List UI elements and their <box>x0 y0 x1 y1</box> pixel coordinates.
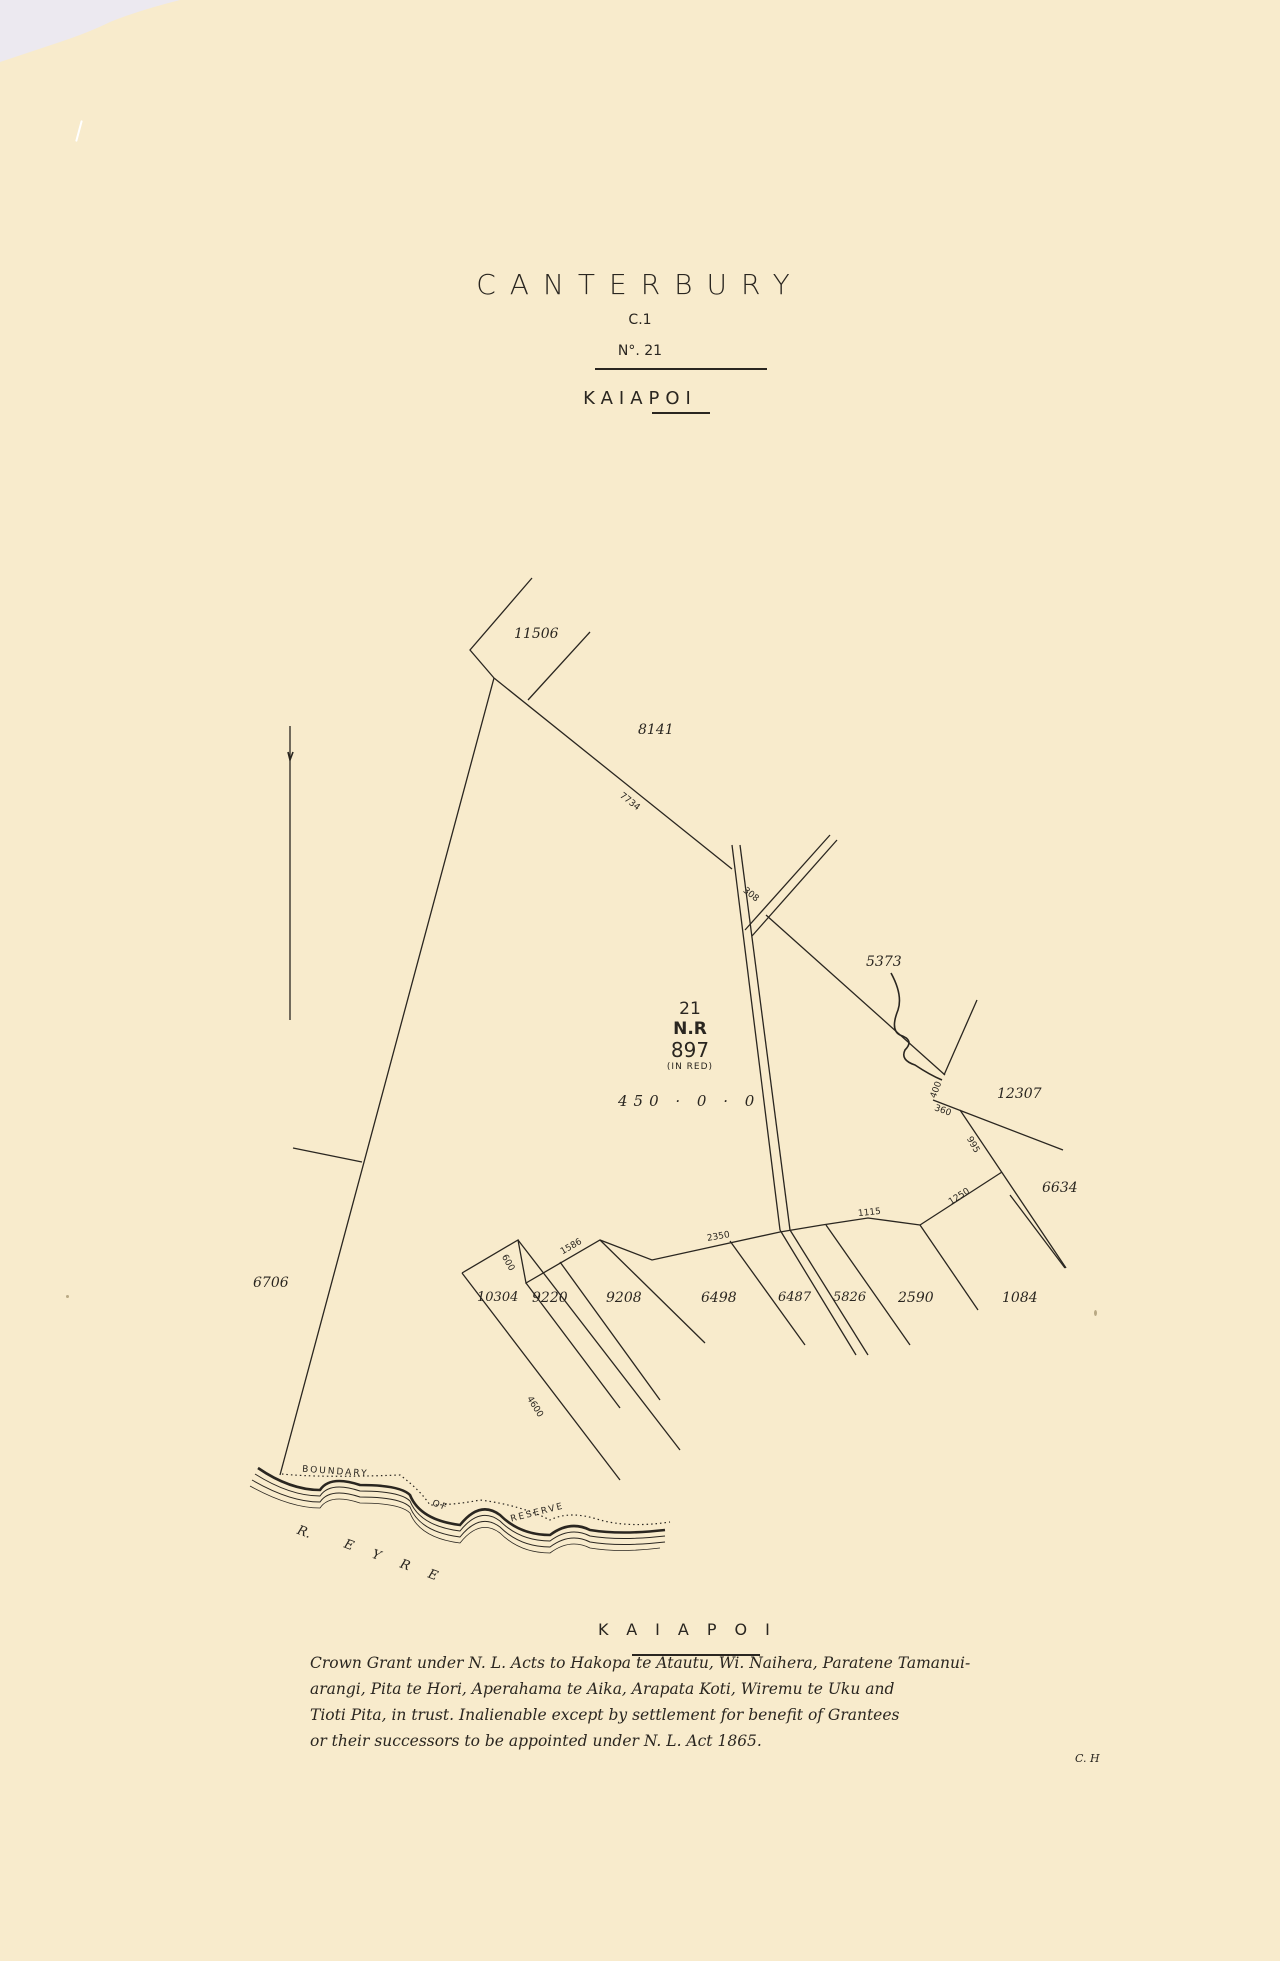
parcel-label: 9208 <box>606 1290 642 1306</box>
parcel-label: 6706 <box>253 1275 289 1291</box>
parcel-label: 5373 <box>866 954 902 970</box>
block-area: 450 · 0 · 0 <box>618 1092 760 1110</box>
parcel-label: 12307 <box>997 1086 1042 1102</box>
parcel-label: 6634 <box>1042 1180 1078 1196</box>
block-number: 21 <box>640 1000 740 1020</box>
parcel-label: 6487 <box>778 1290 811 1305</box>
red-number: 897 <box>640 1039 740 1062</box>
footer-title: KAIAPOI <box>598 1620 788 1639</box>
parcel-label: 5826 <box>833 1290 866 1305</box>
parcel-label: 11506 <box>514 626 559 642</box>
block-designation: N.R <box>640 1020 740 1040</box>
red-note: (IN RED) <box>640 1062 740 1072</box>
note-line: Tioti Pita, in trust. Inalienable except… <box>310 1702 1130 1728</box>
note-line: or their successors to be appointed unde… <box>310 1728 1130 1754</box>
parcel-label: 10304 <box>477 1290 518 1305</box>
paper-speck <box>66 1295 69 1298</box>
parcel-label: 6498 <box>701 1290 737 1306</box>
grant-note: Crown Grant under N. L. Acts to Hakopa t… <box>310 1650 1130 1754</box>
parcel-label: 8141 <box>638 722 674 738</box>
parcel-label: 2590 <box>898 1290 934 1306</box>
note-line: Crown Grant under N. L. Acts to Hakopa t… <box>310 1650 1130 1676</box>
parcel-label: 9220 <box>532 1290 568 1306</box>
draftsman-initials: C. H <box>1075 1752 1100 1765</box>
central-block-label: 21 N.R 897 (IN RED) <box>640 1000 740 1072</box>
paper-speck <box>1094 1310 1097 1316</box>
parcel-label: 1084 <box>1002 1290 1038 1306</box>
note-line: arangi, Pita te Hori, Aperahama te Aika,… <box>310 1676 1130 1702</box>
